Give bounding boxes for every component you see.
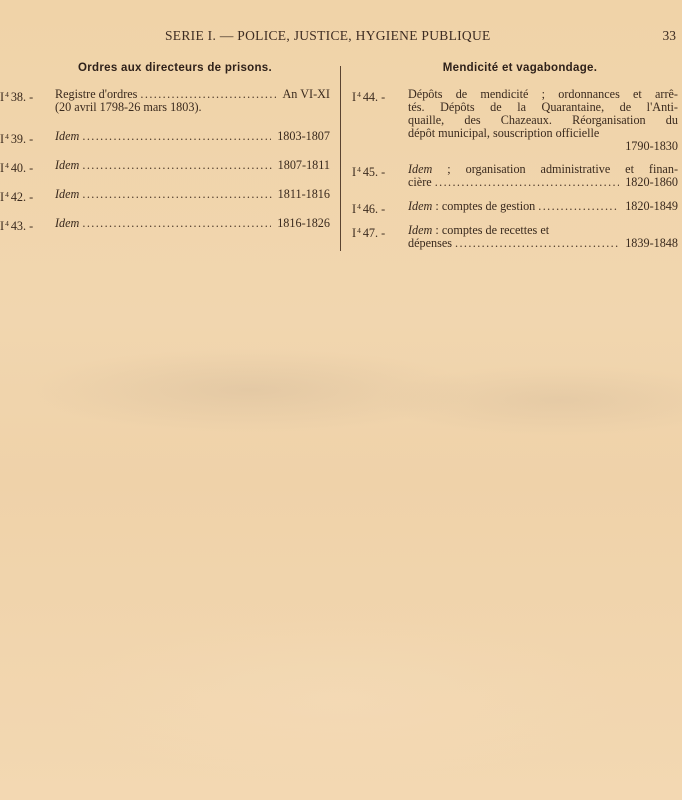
leader-dots <box>82 159 271 172</box>
entry-text: cière <box>408 176 432 189</box>
entry-code: I442. - <box>0 188 33 204</box>
entry-date: 1811-1816 <box>278 188 330 201</box>
entry-code: I444. - <box>352 88 385 104</box>
entry-body: Idem : comptes de gestion 1820-1849 <box>408 200 678 213</box>
leader-dots <box>455 237 619 250</box>
entry-date: An VI-XI <box>282 88 330 101</box>
entry-subtitle: (20 avril 1798-26 mars 1803). <box>55 101 330 114</box>
leader-dots <box>82 217 271 230</box>
entry-title: Idem <box>55 188 79 201</box>
entry-body: Idem ; organisation administrative et fi… <box>408 163 678 189</box>
entry-body: Idem 1816-1826 <box>55 217 330 230</box>
catalog-entry: I447. - Idem : comptes de recettes et dé… <box>352 224 678 250</box>
entry-title: Idem <box>55 159 79 172</box>
entry-date: 1816-1826 <box>277 217 330 230</box>
entry-date: 1820-1860 <box>625 176 678 189</box>
leader-dots <box>435 176 620 189</box>
entry-date: 1803-1807 <box>277 130 330 143</box>
entry-text: dépenses <box>408 237 452 250</box>
entry-body: Idem 1803-1807 <box>55 130 330 143</box>
catalog-entry: I442. - Idem 1811-1816 <box>0 188 330 201</box>
entry-code: I446. - <box>352 200 385 216</box>
entry-code: I445. - <box>352 163 385 179</box>
entry-body: Registre d'ordres An VI-XI (20 avril 179… <box>55 88 330 114</box>
leader-dots <box>82 188 271 201</box>
catalog-entry: I443. - Idem 1816-1826 <box>0 217 330 230</box>
page-header: SERIE I. — POLICE, JUSTICE, HYGIENE PUBL… <box>0 28 682 46</box>
catalog-entry: I446. - Idem : comptes de gestion 1820-1… <box>352 200 678 213</box>
entry-date: 1790-1830 <box>408 140 678 153</box>
idem-label: Idem <box>408 162 432 176</box>
page-number: 33 <box>663 28 677 44</box>
entry-code: I447. - <box>352 224 385 240</box>
left-column: Ordres aux directeurs de prisons. I438. … <box>0 62 330 246</box>
catalog-entry: I444. - Dépôts de mendicité ; ordonnance… <box>352 88 678 153</box>
leader-dots <box>82 130 271 143</box>
section-heading-mendicite: Mendicité et vagabondage. <box>362 62 678 74</box>
leader-dots <box>538 200 619 213</box>
catalog-entry: I445. - Idem ; organisation administrati… <box>352 163 678 189</box>
idem-label: Idem <box>408 223 432 237</box>
entry-code: I443. - <box>0 217 33 233</box>
entry-body: Idem 1807-1811 <box>55 159 330 172</box>
entry-title: Idem <box>55 217 79 230</box>
section-heading-prisons: Ordres aux directeurs de prisons. <box>20 62 330 74</box>
entry-date: 1807-1811 <box>278 159 330 172</box>
entry-code: I439. - <box>0 130 33 146</box>
entry-body: Idem : comptes de recettes et dépenses 1… <box>408 224 678 250</box>
entry-code: I440. - <box>0 159 33 175</box>
idem-label: Idem <box>408 199 432 213</box>
catalog-entry: I438. - Registre d'ordres An VI-XI (20 a… <box>0 88 330 114</box>
entry-text: Idem : comptes de gestion <box>408 200 535 213</box>
entry-date: 1820-1849 <box>625 200 678 213</box>
column-divider <box>340 66 341 251</box>
catalog-entry: I439. - Idem 1803-1807 <box>0 130 330 143</box>
entry-body: Dépôts de mendicité ; ordonnances et arr… <box>408 88 678 153</box>
entry-title: Idem <box>55 130 79 143</box>
entry-date: 1839-1848 <box>625 237 678 250</box>
running-title: SERIE I. — POLICE, JUSTICE, HYGIENE PUBL… <box>165 28 491 44</box>
entry-code: I438. - <box>0 88 33 104</box>
right-column: Mendicité et vagabondage. I444. - Dépôts… <box>352 62 678 266</box>
entry-body: Idem 1811-1816 <box>55 188 330 201</box>
catalog-entry: I440. - Idem 1807-1811 <box>0 159 330 172</box>
